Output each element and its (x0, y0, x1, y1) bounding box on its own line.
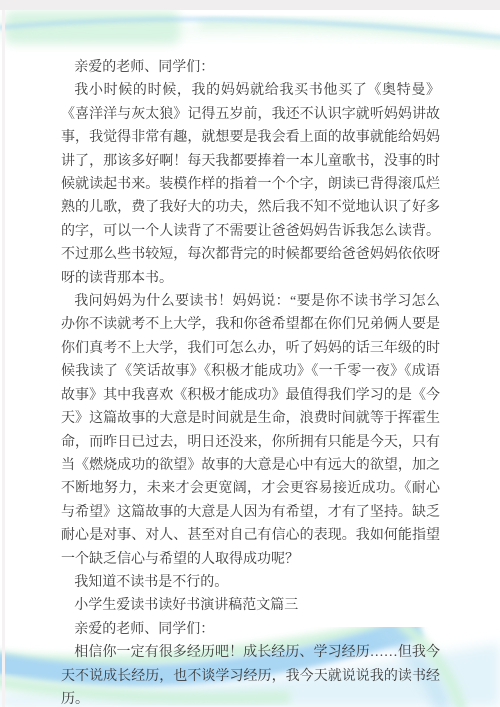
left-edge-strip (2, 0, 5, 707)
document-page: 亲爱的老师、同学们：我小时候的时候，我的妈妈就给我买书他买了《奥特曼》《喜洋洋与… (0, 0, 500, 707)
paragraph: 我问妈妈为什么要读书！妈妈说：“要是你不读书学习怎么办你不读就考不上大学，我和你… (61, 290, 440, 571)
paragraph: 我小时候的时候，我的妈妈就给我买书他买了《奥特曼》《喜洋洋与灰太狼》记得五岁前，… (61, 79, 440, 290)
paragraph: 亲爱的老师、同学们： (61, 56, 440, 79)
document-body: 亲爱的老师、同学们：我小时候的时候，我的妈妈就给我买书他买了《奥特曼》《喜洋洋与… (61, 56, 440, 707)
top-edge-strip (0, 0, 500, 10)
paragraph: 小学生爱读书读好书演讲稿范文篇三 (61, 594, 440, 617)
paragraph: 我知道不读书是不行的。 (61, 571, 440, 594)
paragraph: 相信你一定有很多经历吧！成长经历、学习经历……但我今天不说成长经历，也不谈学习经… (61, 641, 440, 707)
paragraph: 亲爱的老师、同学们： (61, 618, 440, 641)
